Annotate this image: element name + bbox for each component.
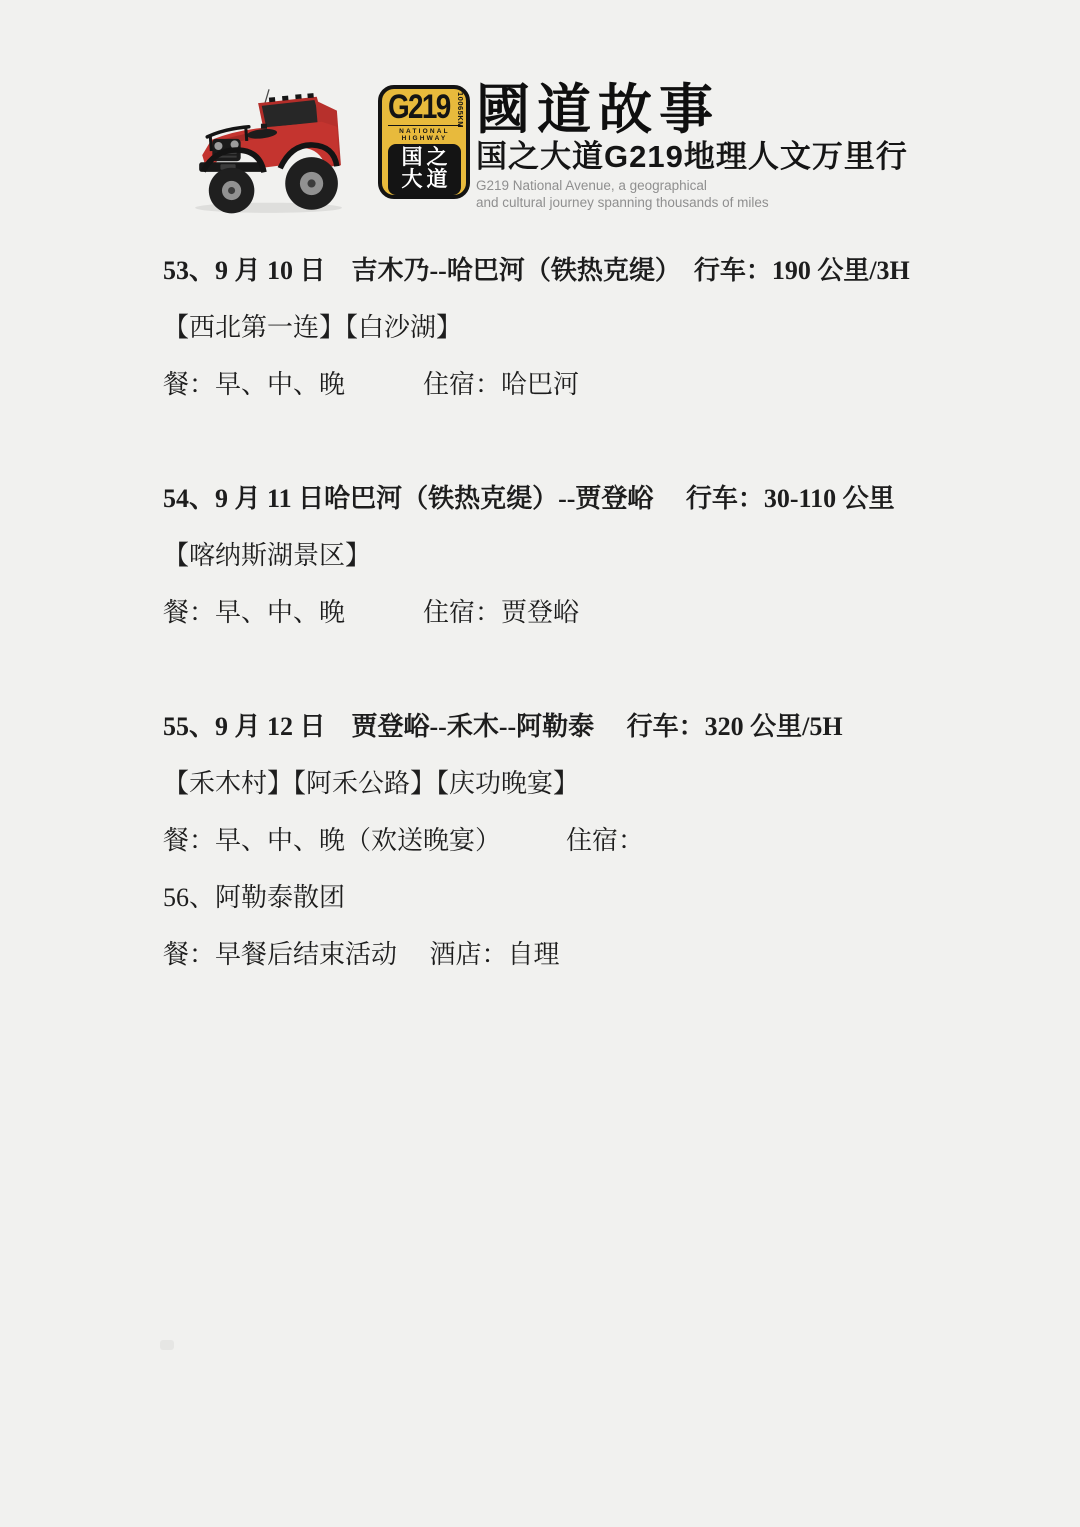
subtitle: 国之大道G219地理人文万里行 — [476, 140, 1036, 173]
main-title: 國道故事 — [476, 82, 1036, 138]
section-meals: 餐：早、中、晚 住宿：哈巴河 — [163, 356, 993, 413]
section-heading: 54、9 月 11 日哈巴河（铁热克缇）--贾登峪 行车：30-110 公里 — [163, 470, 993, 527]
badge-top-row: G219 10065KM — [388, 92, 461, 124]
badge-distance-vertical: 10065KM — [455, 92, 465, 122]
brand-header: G219 10065KM NATIONAL HIGHWAY 国之 大道 新疆·西… — [0, 0, 1080, 240]
section-highlights: 【西北第一连】【白沙湖】 — [163, 299, 993, 356]
badge-regions-label: 新疆·西藏·云南·广西 — [388, 198, 461, 199]
itinerary-section-56: 56、阿勒泰散团 餐：早餐后结束活动 酒店：自理 — [163, 869, 993, 983]
english-subtitle-line2: and cultural journey spanning thousands … — [476, 195, 1036, 212]
badge-code: G219 — [388, 92, 450, 123]
badge-national-highway-label: NATIONAL HIGHWAY — [388, 125, 461, 142]
itinerary-section-53: 53、9 月 10 日 吉木乃--哈巴河（铁热克缇） 行车：190 公里/3H … — [163, 242, 993, 413]
itinerary: 53、9 月 10 日 吉木乃--哈巴河（铁热克缇） 行车：190 公里/3H … — [163, 242, 993, 983]
g219-badge: G219 10065KM NATIONAL HIGHWAY 国之 大道 新疆·西… — [378, 85, 470, 199]
faint-smudge — [160, 1340, 174, 1350]
section-heading: 56、阿勒泰散团 — [163, 869, 993, 926]
section-highlights: 【禾木村】【阿禾公路】【庆功晚宴】 — [163, 755, 993, 812]
badge-name-line2: 大道 — [388, 169, 461, 191]
itinerary-section-55: 55、9 月 12 日 贾登峪--禾木--阿勒泰 行车：320 公里/5H 【禾… — [163, 698, 993, 869]
english-subtitle: G219 National Avenue, a geographical and… — [476, 178, 1036, 211]
section-heading: 53、9 月 10 日 吉木乃--哈巴河（铁热克缇） 行车：190 公里/3H — [163, 242, 993, 299]
section-heading: 55、9 月 12 日 贾登峪--禾木--阿勒泰 行车：320 公里/5H — [163, 698, 993, 755]
header-titles: 國道故事 国之大道G219地理人文万里行 G219 National Avenu… — [476, 82, 1036, 211]
jeep-photo — [185, 72, 347, 220]
badge-name-box: 国之 大道 — [388, 144, 461, 195]
section-meals: 餐：早、中、晚（欢送晚宴） 住宿： — [163, 812, 993, 869]
document-page: G219 10065KM NATIONAL HIGHWAY 国之 大道 新疆·西… — [0, 0, 1080, 1527]
section-meals: 餐：早餐后结束活动 酒店：自理 — [163, 926, 993, 983]
badge-name-line1: 国之 — [388, 147, 461, 169]
section-highlights: 【喀纳斯湖景区】 — [163, 527, 993, 584]
section-meals: 餐：早、中、晚 住宿：贾登峪 — [163, 584, 993, 641]
english-subtitle-line1: G219 National Avenue, a geographical — [476, 178, 1036, 195]
itinerary-section-54: 54、9 月 11 日哈巴河（铁热克缇）--贾登峪 行车：30-110 公里 【… — [163, 470, 993, 641]
